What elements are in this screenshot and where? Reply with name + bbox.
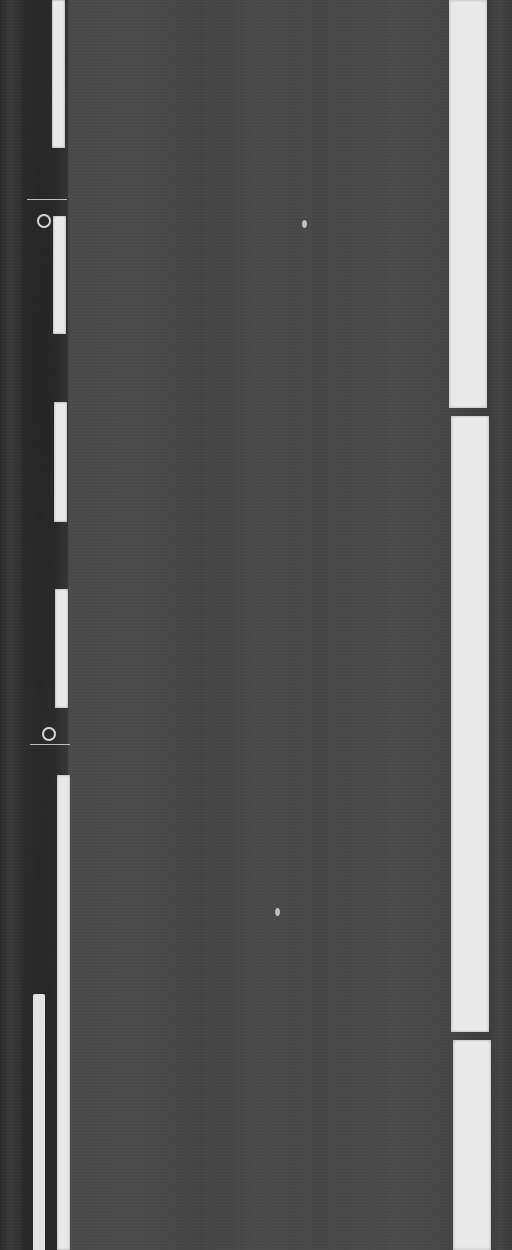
lane-dash [53,216,66,334]
left-edge-line [33,994,45,1250]
debris-speck [302,220,307,228]
lane-dash [55,589,68,708]
marker-line [30,744,70,745]
road-scene [0,0,512,1250]
debris-speck [275,908,280,916]
road-stud-icon [42,727,56,741]
right-edge-line [449,0,487,408]
right-edge-line [451,416,489,1032]
lane-dash [54,402,67,522]
lane-dash [52,0,65,148]
asphalt-texture [0,0,512,1250]
lane-dash [57,775,70,1250]
right-edge-line [453,1040,491,1250]
marker-line [27,199,67,200]
road-stud-icon [37,214,51,228]
